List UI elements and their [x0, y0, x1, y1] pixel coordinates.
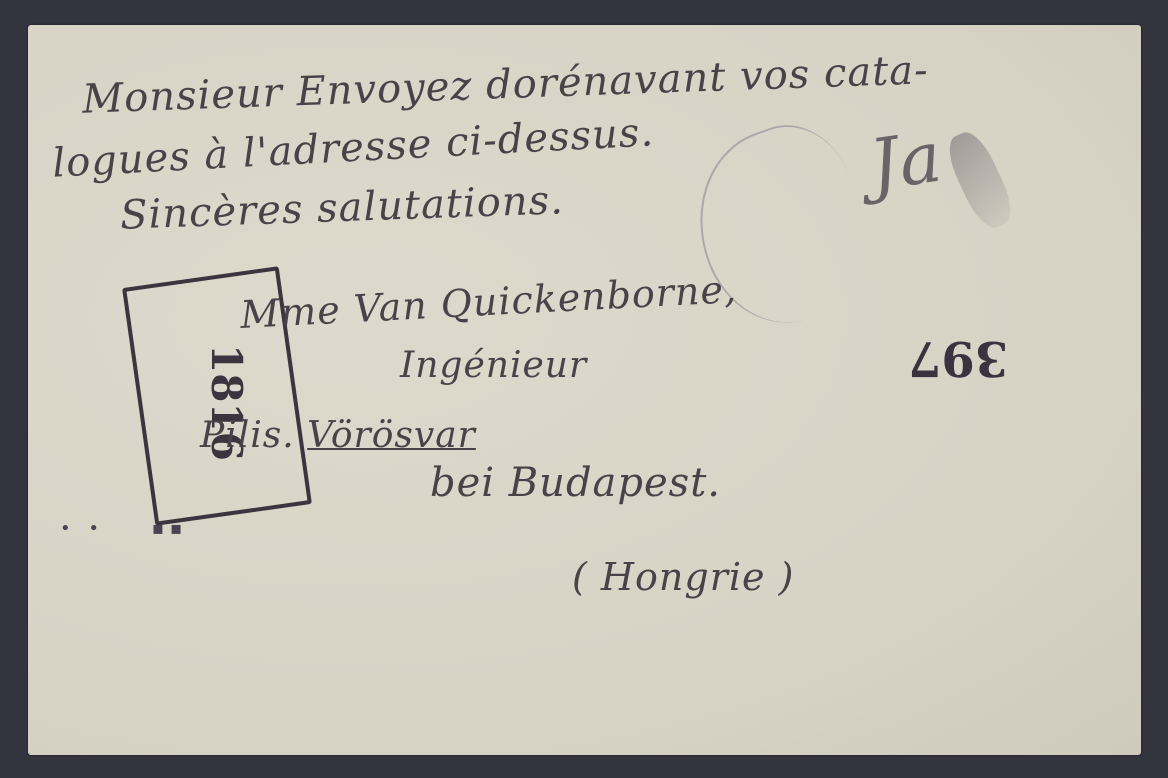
inverted-number-stamp: 397: [908, 330, 1008, 386]
initials-signature: Ja: [865, 115, 948, 206]
faint-postmark: • • ▪▪: [60, 518, 188, 539]
address-prefix: Pilis.: [200, 415, 295, 456]
address-title: Ingénieur: [400, 345, 587, 386]
address-country: ( Hongrie ): [572, 555, 794, 599]
address-town-line: Pilis. Vörösvar: [200, 415, 476, 456]
address-town: Vörösvar: [307, 415, 476, 456]
address-city: bei Budapest.: [430, 460, 721, 506]
